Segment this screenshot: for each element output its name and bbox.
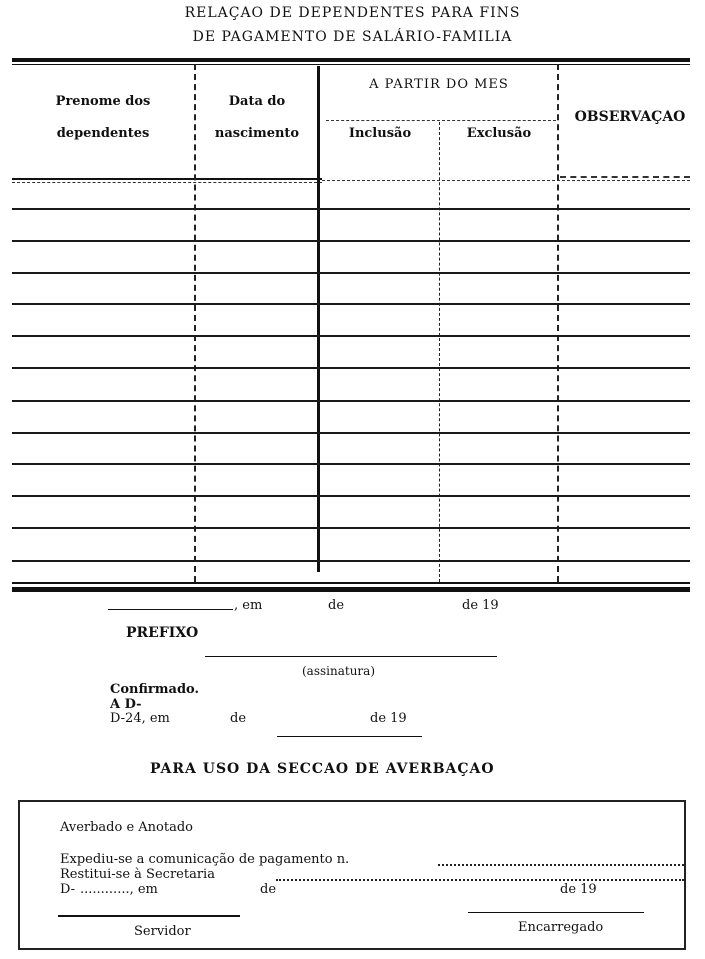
column-header-exclusao: Exclusão: [442, 126, 556, 141]
table-row[interactable]: [12, 560, 690, 562]
column-header-data-line2: nascimento: [198, 118, 316, 150]
table-row[interactable]: [12, 240, 690, 242]
servidor-signature-line[interactable]: [58, 915, 240, 917]
place-date-de: de: [328, 598, 344, 613]
month-group-divider: [326, 120, 556, 121]
expediu-dotted-field[interactable]: [438, 864, 684, 866]
table-row[interactable]: [12, 432, 690, 434]
d-de-19: de 19: [560, 882, 597, 897]
table-row[interactable]: [12, 335, 690, 337]
encarregado-label: Encarregado: [518, 920, 603, 935]
table-top-rule: [12, 58, 690, 62]
table-row[interactable]: [12, 527, 690, 529]
place-date-em: , em: [234, 598, 262, 613]
confirmed-label: Confirmado.: [110, 682, 199, 697]
column-header-inclusao: Inclusão: [322, 126, 438, 141]
header-separator-obs: [560, 176, 690, 178]
table-top-rule-thin: [12, 64, 690, 65]
signature-line[interactable]: [205, 656, 497, 657]
a-d-label: A D-: [110, 697, 142, 712]
d-label: D-: [60, 882, 75, 897]
d24-de: de: [230, 711, 246, 726]
column-header-prenome-line1: Prenome dos: [14, 86, 192, 118]
d24-de-19: de 19: [370, 711, 407, 726]
averbado-label: Averbado e Anotado: [60, 820, 193, 835]
column-header-data-nascimento: Data do nascimento: [198, 86, 316, 150]
column-header-prenome: Prenome dos dependentes: [14, 86, 192, 150]
table-row[interactable]: [12, 495, 690, 497]
table-bottom-rule-thin: [12, 582, 690, 584]
place-date-de-19: de 19: [462, 598, 499, 613]
expediu-label: Expediu-se a comunicação de pagamento n.: [60, 852, 349, 867]
averbacao-section-title: PARA USO DA SECCAO DE AVERBAÇAO: [150, 761, 495, 777]
column-divider-4: [557, 64, 559, 582]
column-divider-3: [439, 122, 440, 582]
servidor-label: Servidor: [134, 924, 191, 939]
d-dotted-field[interactable]: ............, em: [80, 882, 158, 897]
header-separator-dash: [12, 182, 322, 183]
column-header-prenome-line2: dependentes: [14, 118, 192, 150]
table-row[interactable]: [12, 303, 690, 305]
restitui-dotted-field[interactable]: [276, 879, 684, 881]
header-separator-right: [322, 180, 690, 181]
column-divider-1: [194, 64, 196, 582]
table-row[interactable]: [12, 400, 690, 402]
prefix-label: PREFIXO: [126, 625, 198, 641]
d-de: de: [260, 882, 276, 897]
d24-em-label: D-24, em: [110, 711, 170, 726]
header-separator: [12, 178, 322, 180]
encarregado-signature-line[interactable]: [468, 912, 644, 913]
table-row[interactable]: [12, 208, 690, 210]
column-header-observacao: OBSERVAÇAO: [560, 109, 700, 125]
column-header-data-line1: Data do: [198, 86, 316, 118]
form-title-line-2: DE PAGAMENTO DE SALÁRIO-FAMILIA: [0, 29, 705, 45]
place-blank-line[interactable]: [108, 609, 233, 610]
table-row[interactable]: [12, 463, 690, 465]
table-row[interactable]: [12, 367, 690, 369]
column-group-header-a-partir-do-mes: A PARTIR DO MES: [322, 77, 556, 92]
averbacao-box: Averbado e Anotado Expediu-se a comunica…: [18, 800, 686, 950]
d24-date-line[interactable]: [277, 736, 422, 737]
table-bottom-rule: [12, 587, 690, 592]
signature-caption: (assinatura): [302, 664, 375, 678]
form-title-line-1: RELAÇAO DE DEPENDENTES PARA FINS: [0, 5, 705, 21]
table-row[interactable]: [12, 272, 690, 274]
restitui-label: Restitui-se à Secretaria: [60, 867, 215, 882]
